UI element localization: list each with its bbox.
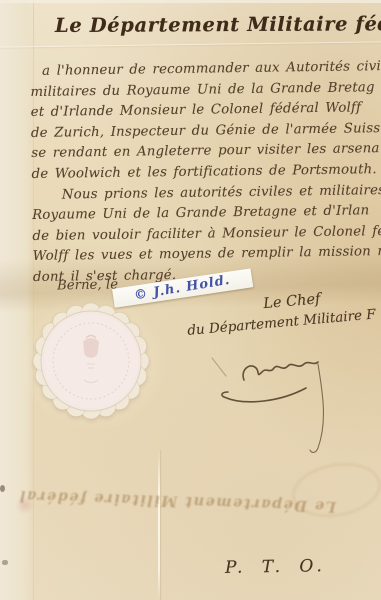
scanned-letter-page: Le Département Militaire fédéral a l'hon…	[0, 0, 381, 600]
pto-note: P. T. O.	[225, 556, 326, 578]
document-title: Le Département Militaire fédéral	[55, 12, 381, 37]
place-date-prefix: Berne, le	[57, 277, 118, 293]
horizontal-crease	[0, 41, 381, 47]
embossed-seal	[32, 302, 150, 420]
paper-top-edge	[0, 0, 381, 3]
edge-speck	[2, 560, 8, 565]
vertical-fold-crease	[158, 450, 160, 600]
signature-scribble	[210, 350, 345, 460]
edge-speck	[0, 485, 5, 492]
document-body: a l'honneur de recommander aux Autorités…	[30, 56, 381, 288]
